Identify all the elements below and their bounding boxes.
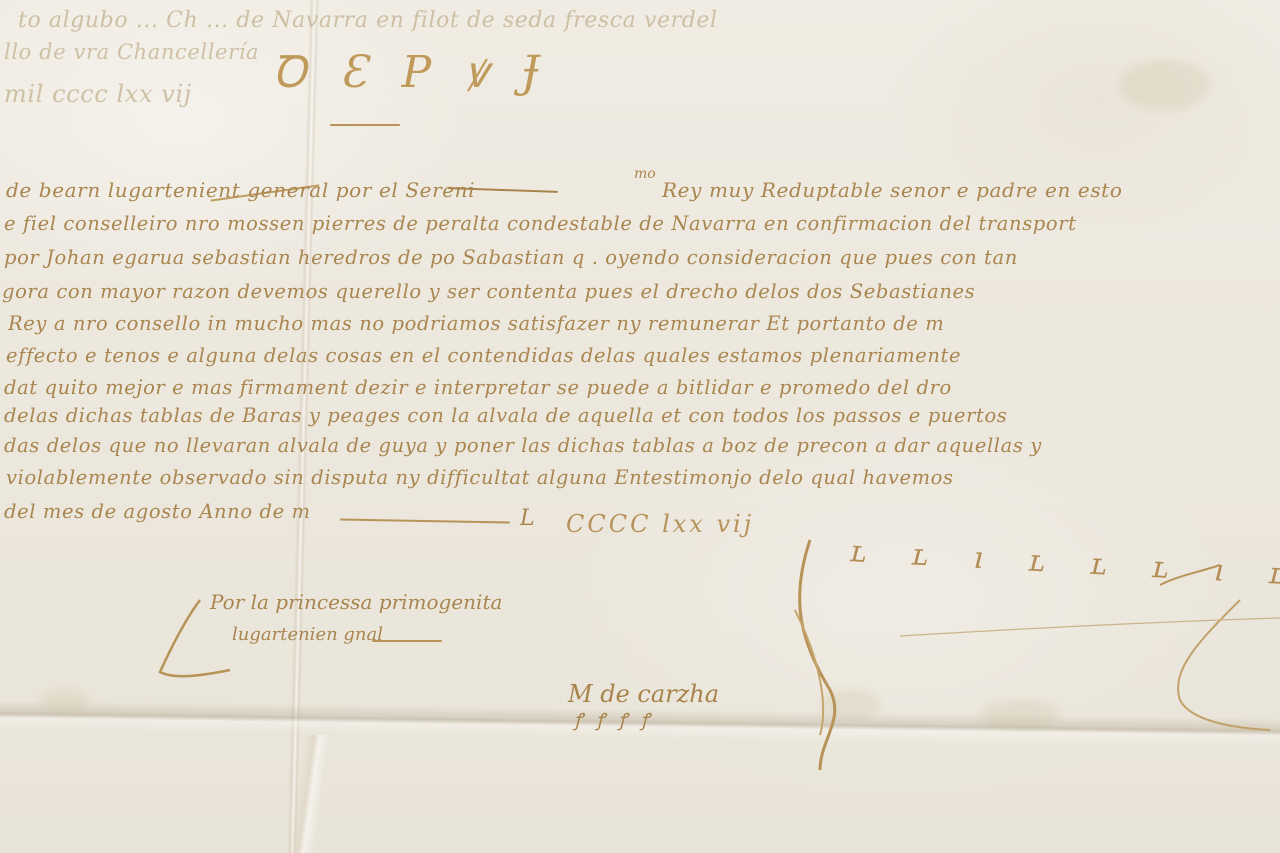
stain	[1120, 60, 1210, 110]
body-line-5: Rey a nro consello in mucho mas no podri…	[8, 312, 944, 335]
header-faded-line-1: to algubo ... Ch ... de Navarra en filot…	[18, 8, 718, 33]
body-line-1-continued: Rey muy Reduptable senor e padre en esto	[662, 178, 1122, 202]
parchment-document: to algubo ... Ch ... de Navarra en filot…	[0, 0, 1280, 853]
body-line-3: por Johan egarua sebastian heredros de p…	[4, 246, 1018, 269]
body-line-2: e fiel conselleiro nro mossen pierres de…	[4, 212, 1077, 235]
signature-rubric: ꝭ ꝭ ꝭ ꝭ	[574, 708, 653, 732]
body-line-7: dat quito mejor e mas firmament dezir e …	[4, 376, 952, 399]
body-line-9: das delos que no llevaran alvala de guya…	[4, 434, 1042, 457]
header-faded-line-2: llo de vra Chancellería	[4, 40, 259, 64]
signature-name: M de carzha	[568, 680, 719, 708]
date-prefix: L	[520, 506, 535, 531]
subscription-line-1: Por la princessa primogenita	[210, 590, 502, 614]
subscription-underline	[372, 640, 442, 642]
monogram-underline	[330, 124, 400, 126]
subscription-line-2: lugartenien gnal	[232, 624, 383, 645]
abbreviation-superscript: mo	[634, 166, 656, 182]
date-tail-flourish: ʟ ʟ ı ʟ ʟ ʟ ı ʟ	[849, 534, 1280, 593]
body-line-11: del mes de agosto Anno de m	[4, 500, 311, 523]
royal-monogram: Ꝺ Ɛ P ꝟ Ɉ	[272, 40, 549, 100]
body-line-10: violablemente observado sin disputa ny d…	[6, 466, 954, 489]
body-line-8: delas dichas tablas de Baras y peages co…	[4, 404, 1007, 427]
body-line-4: gora con mayor razon devemos querello y …	[2, 280, 975, 303]
body-line-6: effecto e tenos e alguna delas cosas en …	[6, 344, 961, 367]
header-faded-line-3: mil cccc lxx vij	[4, 80, 192, 108]
date-roman-numeral: CCCC lxx vij	[566, 510, 754, 538]
body-line-1: de bearn lugartenient general por el Ser…	[6, 178, 475, 202]
date-dash-flourish	[340, 519, 510, 524]
